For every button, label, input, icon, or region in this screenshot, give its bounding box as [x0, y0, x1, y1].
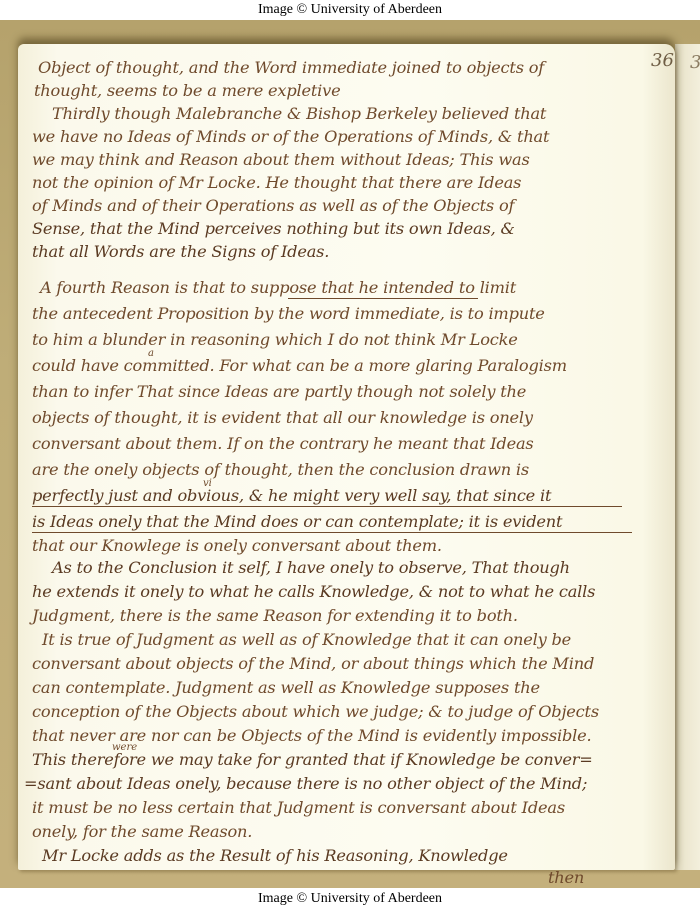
- interlinear-insertion: were: [112, 742, 137, 753]
- page-number: 36: [651, 50, 674, 71]
- text-line: A fourth Reason is that to suppose that …: [40, 278, 516, 297]
- text-line: we have no Ideas of Minds or of the Oper…: [32, 127, 549, 146]
- text-line: are the onely objects of thought, then t…: [32, 460, 529, 479]
- text-line: conversant about them. If on the contrar…: [32, 434, 534, 453]
- text-line: to him a blunder in reasoning which I do…: [32, 330, 518, 349]
- text-line: can contemplate. Judgment as well as Kno…: [32, 678, 540, 697]
- text-line: thought, seems to be a mere expletive: [34, 81, 340, 100]
- interlinear-insertion: vi: [203, 478, 212, 489]
- text-line: Judgment, there is the same Reason for e…: [32, 606, 518, 625]
- copyright-caption-bottom: Image © University of Aberdeen: [0, 891, 700, 907]
- underline-mark: [32, 532, 632, 533]
- text-line: conversant about objects of the Mind, or…: [32, 654, 594, 673]
- text-line: Thirdly though Malebranche & Bishop Berk…: [52, 104, 546, 123]
- underline-mark: [32, 506, 622, 507]
- text-line: we may think and Reason about them witho…: [32, 150, 530, 169]
- text-line: It is true of Judgment as well as of Kno…: [42, 630, 571, 649]
- next-page-edge: [675, 44, 700, 870]
- text-line: the antecedent Proposition by the word i…: [32, 304, 545, 323]
- next-page-folio-fragment: 3: [690, 52, 700, 73]
- interlinear-insertion: a: [148, 348, 154, 359]
- text-line: of Minds and of their Operations as well…: [32, 196, 514, 215]
- text-line: As to the Conclusion it self, I have one…: [52, 558, 570, 577]
- text-line: it must be no less certain that Judgment…: [32, 798, 565, 817]
- manuscript-page: Object of thought, and the Word immediat…: [18, 44, 675, 870]
- text-line: not the opinion of Mr Locke. He thought …: [32, 173, 521, 192]
- text-line: objects of thought, it is evident that a…: [32, 408, 533, 427]
- text-line: onely, for the same Reason.: [32, 822, 252, 841]
- text-line: that all Words are the Signs of Ideas.: [32, 242, 329, 261]
- text-line: Mr Locke adds as the Result of his Reaso…: [42, 846, 508, 865]
- text-line: =sant about Ideas onely, because there i…: [24, 774, 587, 793]
- text-line: he extends it onely to what he calls Kno…: [32, 582, 595, 601]
- text-line: could have committed. For what can be a …: [32, 356, 567, 375]
- catchword: then: [548, 868, 584, 887]
- text-line: than to infer That since Ideas are partl…: [32, 382, 526, 401]
- text-line: is Ideas onely that the Mind does or can…: [32, 512, 562, 531]
- text-line: perfectly just and obvious, & he might v…: [32, 486, 551, 505]
- text-line: conception of the Objects about which we…: [32, 702, 599, 721]
- underline-mark: [288, 298, 478, 299]
- text-line: that our Knowlege is onely conversant ab…: [32, 536, 442, 555]
- text-line: Sense, that the Mind perceives nothing b…: [32, 219, 515, 238]
- copyright-caption-top: Image © University of Aberdeen: [0, 2, 700, 18]
- text-line: Object of thought, and the Word immediat…: [38, 58, 544, 77]
